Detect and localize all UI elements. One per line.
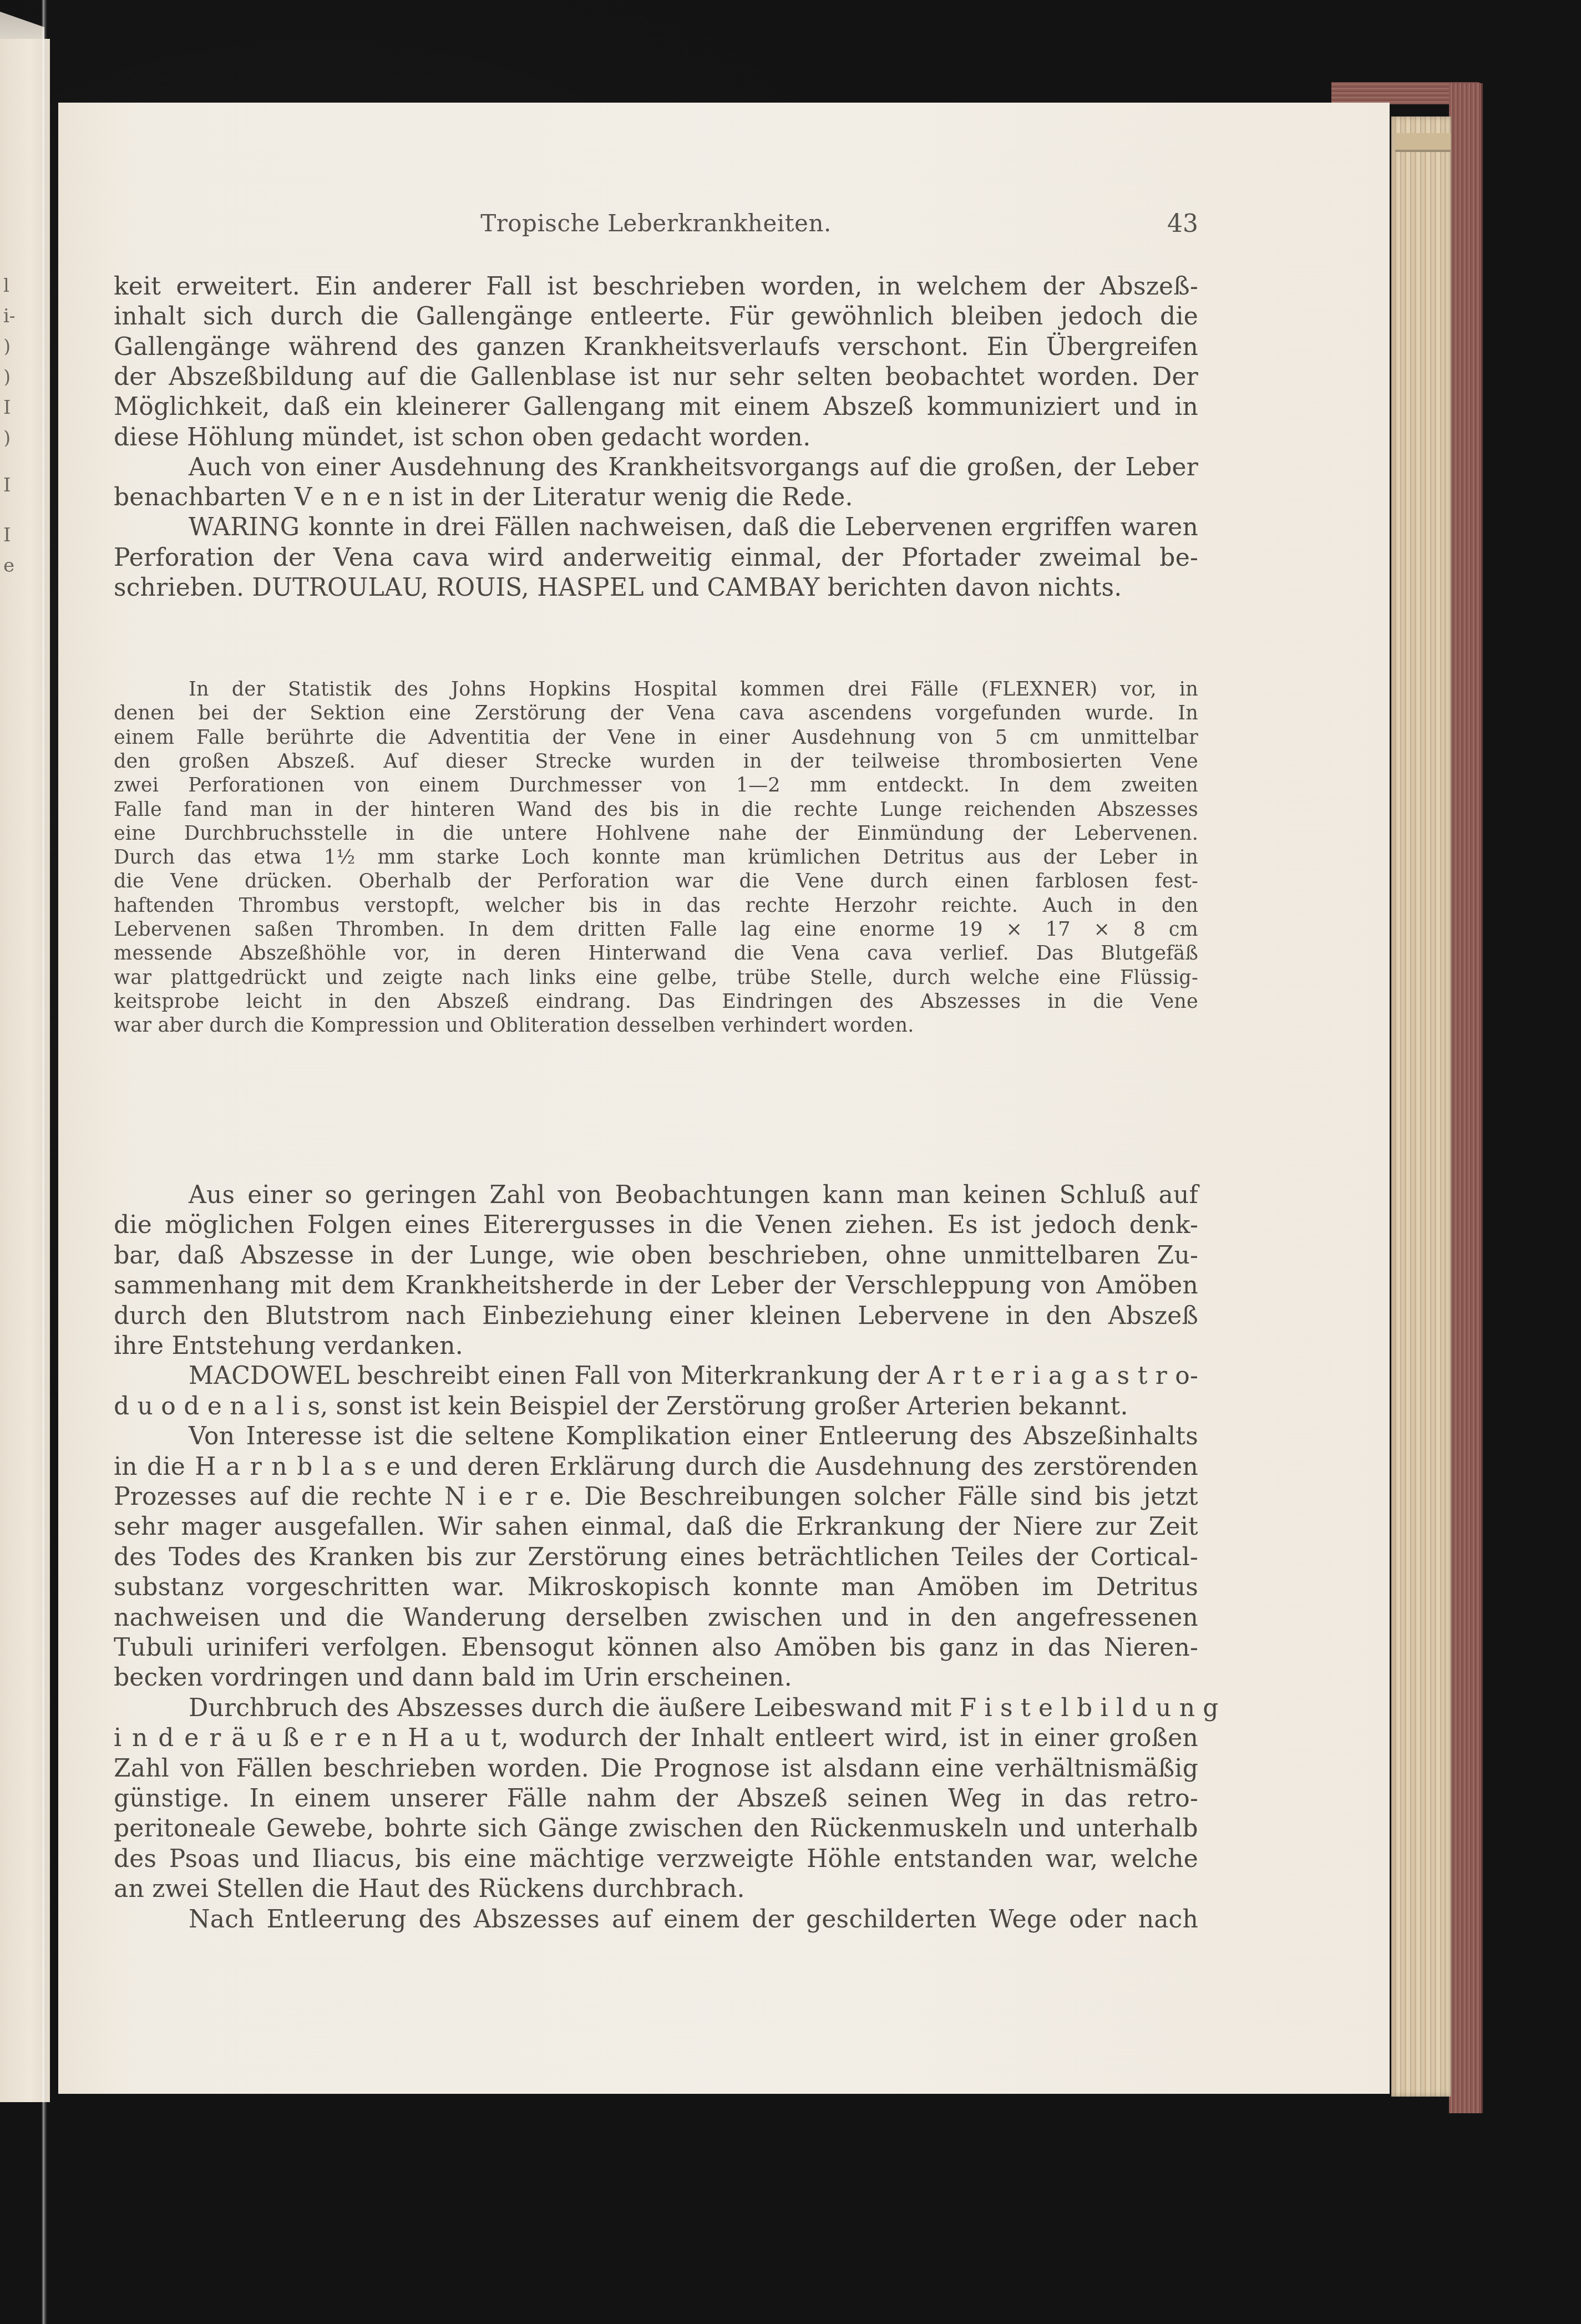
- text-line: benachbarten V e n e n ist in der Litera…: [114, 483, 1198, 513]
- text-line: Auch von einer Ausdehnung des Krankheits…: [189, 453, 1198, 483]
- text-line: Prozesses auf die rechte N i e r e. Die …: [114, 1482, 1198, 1512]
- text-line: i n d e r ä u ß e r e n H a u t, wodurch…: [114, 1723, 1198, 1753]
- text-line: Nach Entleerung des Abszesses auf einem …: [189, 1905, 1198, 1935]
- footnote-line: den großen Abszeß. Auf dieser Strecke wu…: [114, 750, 1198, 774]
- text-line: Tubuli uriniferi verfolgen. Ebensogut kö…: [114, 1633, 1198, 1663]
- running-header: Tropische Leberkrankheiten. 43: [114, 210, 1198, 243]
- page-fore-edge: [1391, 116, 1451, 2097]
- page-fore-edge-top: [1395, 133, 1451, 152]
- text-line: substanz vorgeschritten war. Mikroskopis…: [114, 1572, 1198, 1602]
- text-line: peritoneale Gewebe, bohrte sich Gänge zw…: [114, 1814, 1198, 1844]
- text-line: günstige. In einem unserer Fälle nahm de…: [114, 1784, 1198, 1814]
- scanner-glass-edge: [42, 0, 47, 2324]
- footnote-line: einem Falle berührte die Adventitia der …: [114, 726, 1198, 750]
- facing-page-fragment: I: [3, 477, 14, 494]
- text-line: der Abszeßbildung auf die Gallenblase is…: [114, 362, 1198, 392]
- facing-page-fragment: I: [3, 527, 14, 544]
- text-line: Zahl von Fällen beschrieben worden. Die …: [114, 1754, 1198, 1784]
- text-line: inhalt sich durch die Gallengänge entlee…: [114, 302, 1198, 332]
- footnote-line: eine Durchbruchsstelle in die untere Hoh…: [114, 822, 1198, 846]
- footnote-line: war aber durch die Kompression und Oblit…: [114, 1014, 1198, 1038]
- text-line: Perforation der Vena cava wird anderweit…: [114, 543, 1198, 573]
- text-line: d u o d e n a l i s, sonst ist kein Beis…: [114, 1392, 1198, 1422]
- text-line: an zwei Stellen die Haut des Rückens dur…: [114, 1874, 1198, 1904]
- text-line: diese Höhlung mündet, ist schon oben ged…: [114, 423, 1198, 453]
- facing-page-fragment: ): [3, 430, 14, 446]
- text-line: bar, daß Abszesse in der Lunge, wie oben…: [114, 1241, 1198, 1271]
- text-line: des Psoas und Iliacus, bis eine mächtige…: [114, 1844, 1198, 1874]
- facing-page-fragment: ): [3, 369, 14, 385]
- footnote-line: Durch das etwa 1½ mm starke Loch konnte …: [114, 846, 1198, 870]
- running-title: Tropische Leberkrankheiten.: [114, 210, 1198, 237]
- footnote-line: haftenden Thrombus verstopft, welcher bi…: [114, 894, 1198, 918]
- text-line: schrieben. DUTROULAU, ROUIS, HASPEL und …: [114, 573, 1198, 603]
- footnote-line: keitsprobe leicht in den Abszeß eindrang…: [114, 990, 1198, 1014]
- text-line: des Todes des Kranken bis zur Zerstörung…: [114, 1542, 1198, 1572]
- text-line: sehr mager ausgefallen. Wir sahen einmal…: [114, 1512, 1198, 1542]
- text-line: sammenhang mit dem Krankheitsherde in de…: [114, 1271, 1198, 1301]
- footnote-line: messende Abszeßhöhle vor, in deren Hinte…: [114, 942, 1198, 966]
- footnote-line: die Vene drücken. Oberhalb der Perforati…: [114, 870, 1198, 894]
- facing-page-fragment: I: [3, 399, 14, 416]
- text-line: die möglichen Folgen eines Eiterergusses…: [114, 1210, 1198, 1240]
- text-line: MACDOWEL beschreibt einen Fall von Miter…: [189, 1361, 1198, 1391]
- text-line: in die H a r n b l a s e und deren Erklä…: [114, 1452, 1198, 1482]
- text-line: ihre Entstehung verdanken.: [114, 1331, 1198, 1361]
- footnote-line: Lebervenen saßen Thromben. In dem dritte…: [114, 918, 1198, 942]
- text-line: Gallengänge während des ganzen Krankheit…: [114, 332, 1198, 362]
- text-line: keit erweitert. Ein anderer Fall ist bes…: [114, 272, 1198, 302]
- footnote-line: denen bei der Sektion eine Zerstörung de…: [114, 702, 1198, 725]
- text-line: nachweisen und die Wanderung derselben z…: [114, 1603, 1198, 1633]
- facing-page-fragment: l: [3, 277, 14, 294]
- text-line: Aus einer so geringen Zahl von Beobachtu…: [189, 1180, 1198, 1210]
- footnote-line: zwei Perforationen von einem Durchmesser…: [114, 774, 1198, 798]
- facing-page-fragment: i-: [3, 308, 14, 324]
- text-line: becken vordringen und dann bald im Urin …: [114, 1663, 1198, 1693]
- page-number: 43: [1167, 210, 1198, 238]
- text-line: durch den Blutstrom nach Einbeziehung ei…: [114, 1301, 1198, 1331]
- footnote-line: In der Statistik des Johns Hopkins Hospi…: [189, 678, 1198, 702]
- text-line: Möglichkeit, daß ein kleinerer Gallengan…: [114, 392, 1198, 422]
- book-cover-cloth: [1449, 83, 1483, 2113]
- text-line: Durchbruch des Abszesses durch die äußer…: [189, 1693, 1198, 1723]
- footnote-line: Falle fand man in der hinteren Wand des …: [114, 798, 1198, 822]
- text-line: WARING konnte in drei Fällen nachweisen,…: [189, 513, 1198, 542]
- text-line: Von Interesse ist die seltene Komplikati…: [189, 1422, 1198, 1452]
- footnote-line: war plattgedrückt und zeigte nach links …: [114, 966, 1198, 990]
- facing-page-fragment: ): [3, 338, 14, 355]
- facing-page-fragment: e: [3, 557, 14, 574]
